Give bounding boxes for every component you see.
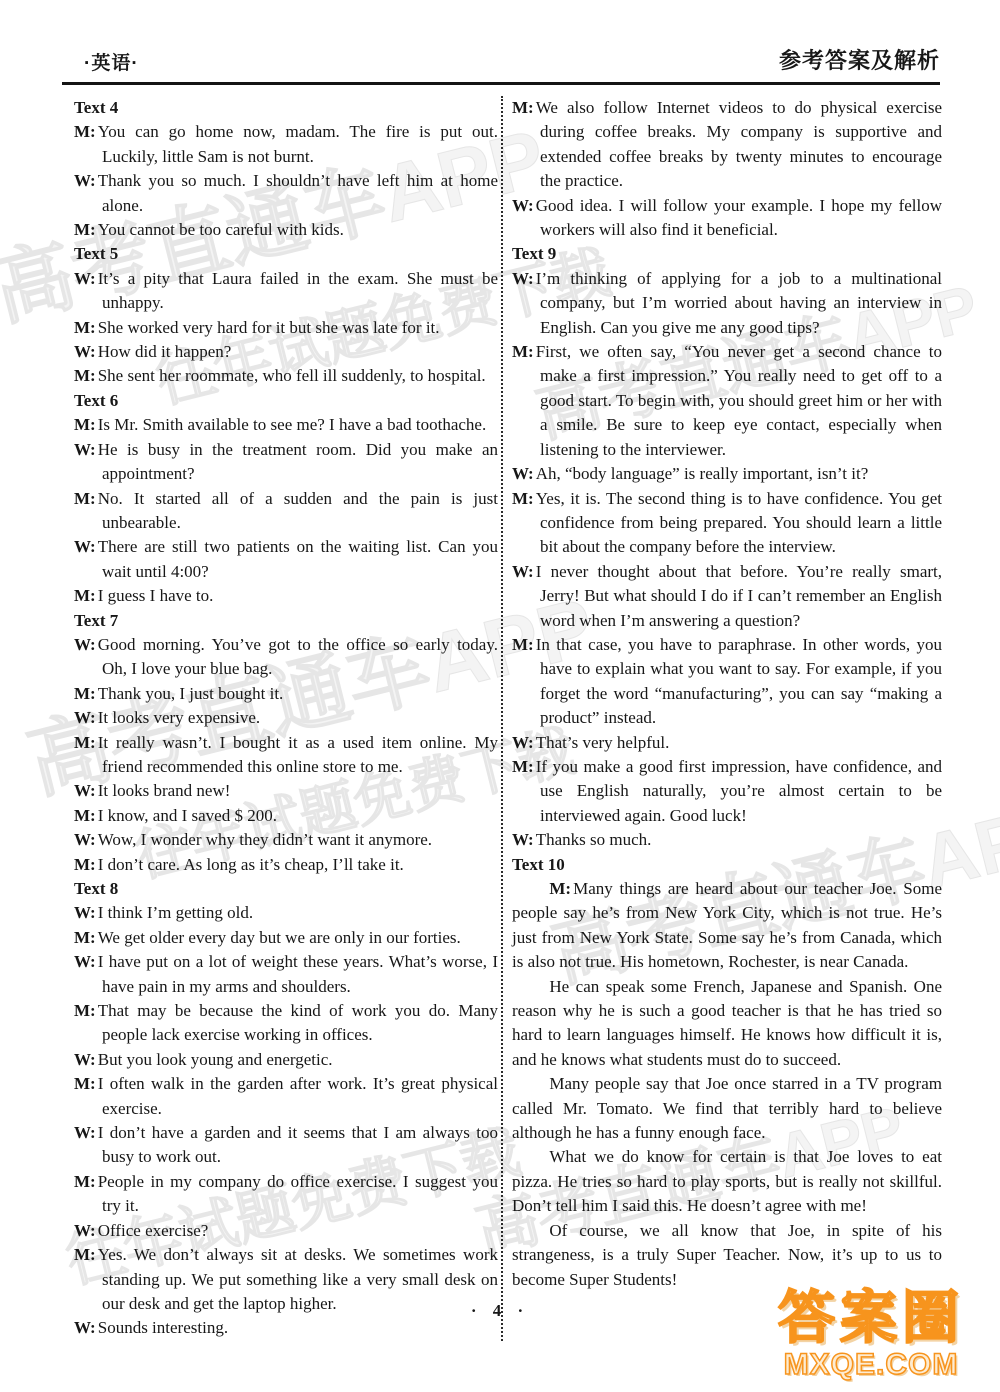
site-logo: 答案圈 MXQE.COM [778, 1289, 964, 1380]
dialog-line: M:You cannot be too careful with kids. [74, 218, 498, 242]
text-heading: Text 8 [74, 877, 498, 901]
speaker-label: M: [512, 635, 536, 654]
speaker-label: W: [74, 1318, 98, 1337]
answer-key-title: 参考答案及解析 [779, 44, 940, 75]
speaker-label: W: [74, 952, 98, 971]
speaker-label: M: [512, 757, 536, 776]
speaker-label: M: [74, 122, 98, 141]
dialog-line: W:I never thought about that before. You… [512, 560, 942, 633]
narration-paragraph: He can speak some French, Japanese and S… [512, 975, 942, 1073]
narration-paragraph: Of course, we all know that Joe, in spit… [512, 1219, 942, 1292]
speaker-label: W: [74, 1050, 98, 1069]
text-heading: Text 10 [512, 853, 942, 877]
dialog-line: W:It looks brand new! [74, 779, 498, 803]
speaker-label: M: [512, 489, 536, 508]
dialog-line: M:We get older every day but we are only… [74, 926, 498, 950]
speaker-label: W: [512, 464, 536, 483]
site-logo-url: MXQE.COM [778, 1349, 964, 1381]
answer-key-page: 高考直通车APP往年试题免费下载高考直通车APP往年试题免费下载高考直通车APP… [0, 0, 1000, 1392]
narration-paragraph: Many people say that Joe once starred in… [512, 1072, 942, 1145]
speaker-label: W: [74, 903, 98, 922]
speaker-label: W: [512, 196, 536, 215]
dialog-line: M:She worked very hard for it but she wa… [74, 316, 498, 340]
dialog-line: M:If you make a good first impression, h… [512, 755, 942, 828]
speaker-label: M: [512, 98, 536, 117]
dialog-line: W:Office exercise? [74, 1219, 498, 1243]
dialog-line: M:I guess I have to. [74, 584, 498, 608]
speaker-label: W: [74, 708, 98, 727]
dialog-line: W:I’m thinking of applying for a job to … [512, 267, 942, 340]
speaker-label: M: [74, 366, 98, 385]
dialog-line: M:You can go home now, madam. The fire i… [74, 120, 498, 169]
speaker-label: M: [74, 733, 98, 752]
dialog-line: W:I think I’m getting old. [74, 901, 498, 925]
text-heading: Text 5 [74, 242, 498, 266]
dialog-line: W:That’s very helpful. [512, 731, 942, 755]
dialog-line: M:I don’t care. As long as it’s cheap, I… [74, 853, 498, 877]
speaker-label: M: [74, 1074, 98, 1093]
speaker-label: W: [512, 269, 536, 288]
dialog-line: W:But you look young and energetic. [74, 1048, 498, 1072]
speaker-label: W: [512, 562, 536, 581]
speaker-label: M: [74, 806, 98, 825]
dialog-line: W:How did it happen? [74, 340, 498, 364]
dialog-line: W:Good idea. I will follow your example.… [512, 194, 942, 243]
speaker-label: M: [74, 1001, 98, 1020]
dialog-line: W:I have put on a lot of weight these ye… [74, 950, 498, 999]
speaker-label: M: [74, 928, 98, 947]
speaker-label: W: [74, 781, 98, 800]
dialog-line: W:Ah, “body language” is really importan… [512, 462, 942, 486]
speaker-label: W: [512, 733, 536, 752]
dialog-line: M:In that case, you have to paraphrase. … [512, 633, 942, 731]
speaker-label: W: [512, 830, 536, 849]
text-heading: Text 4 [74, 96, 498, 120]
speaker-label: W: [74, 830, 98, 849]
dialog-line: M:Is Mr. Smith available to see me? I ha… [74, 413, 498, 437]
dialog-line: W:He is busy in the treatment room. Did … [74, 438, 498, 487]
dialog-line: M:First, we often say, “You never get a … [512, 340, 942, 462]
text-heading: Text 7 [74, 609, 498, 633]
speaker-label: M: [549, 879, 573, 898]
narration-paragraph: What we do know for certain is that Joe … [512, 1145, 942, 1218]
two-column-content: Text 4M:You can go home now, madam. The … [0, 85, 1000, 1341]
speaker-label: M: [74, 415, 98, 434]
speaker-label: M: [74, 220, 98, 239]
dialog-line: W:There are still two patients on the wa… [74, 535, 498, 584]
speaker-label: W: [74, 1123, 98, 1142]
speaker-label: M: [74, 318, 98, 337]
site-logo-chinese: 答案圈 [778, 1289, 964, 1349]
dialog-line: M:Yes, it is. The second thing is to hav… [512, 487, 942, 560]
speaker-label: M: [74, 855, 98, 874]
dialog-line: W:Good morning. You’ve got to the office… [74, 633, 498, 682]
speaker-label: W: [74, 1221, 98, 1240]
dialog-line: M:I know, and I saved $ 200. [74, 804, 498, 828]
speaker-label: M: [74, 684, 98, 703]
dialog-line: M:She sent her roommate, who fell ill su… [74, 364, 498, 388]
dialog-line: M:People in my company do office exercis… [74, 1170, 498, 1219]
dialog-line: W:Thanks so much. [512, 828, 942, 852]
subject-title: ·英语· [84, 48, 139, 75]
dialog-line: W:I don’t have a garden and it seems tha… [74, 1121, 498, 1170]
dialog-line: M:That may be because the kind of work y… [74, 999, 498, 1048]
dialog-line: M:It really wasn’t. I bought it as a use… [74, 731, 498, 780]
speaker-label: W: [74, 440, 98, 459]
speaker-label: M: [74, 489, 98, 508]
text-heading: Text 9 [512, 242, 942, 266]
left-column: Text 4M:You can go home now, madam. The … [74, 96, 498, 1341]
speaker-label: M: [74, 1172, 98, 1191]
speaker-label: W: [74, 537, 98, 556]
dialog-line: M:No. It started all of a sudden and the… [74, 487, 498, 536]
speaker-label: W: [74, 171, 98, 190]
speaker-label: W: [74, 342, 98, 361]
narration-paragraph: M:Many things are heard about our teache… [512, 877, 942, 975]
dialog-line: W:Thank you so much. I shouldn’t have le… [74, 169, 498, 218]
dialog-line: W:It’s a pity that Laura failed in the e… [74, 267, 498, 316]
right-column: M:We also follow Internet videos to do p… [503, 96, 942, 1341]
text-heading: Text 6 [74, 389, 498, 413]
dialog-line: W:Wow, I wonder why they didn’t want it … [74, 828, 498, 852]
page-header: ·英语· 参考答案及解析 [62, 44, 940, 85]
dialog-line: M:We also follow Internet videos to do p… [512, 96, 942, 194]
speaker-label: M: [512, 342, 536, 361]
dialog-line: M:Thank you, I just bought it. [74, 682, 498, 706]
speaker-label: W: [74, 269, 98, 288]
speaker-label: M: [74, 1245, 98, 1264]
dialog-line: M:I often walk in the garden after work.… [74, 1072, 498, 1121]
speaker-label: M: [74, 586, 98, 605]
speaker-label: W: [74, 635, 98, 654]
dialog-line: W:It looks very expensive. [74, 706, 498, 730]
